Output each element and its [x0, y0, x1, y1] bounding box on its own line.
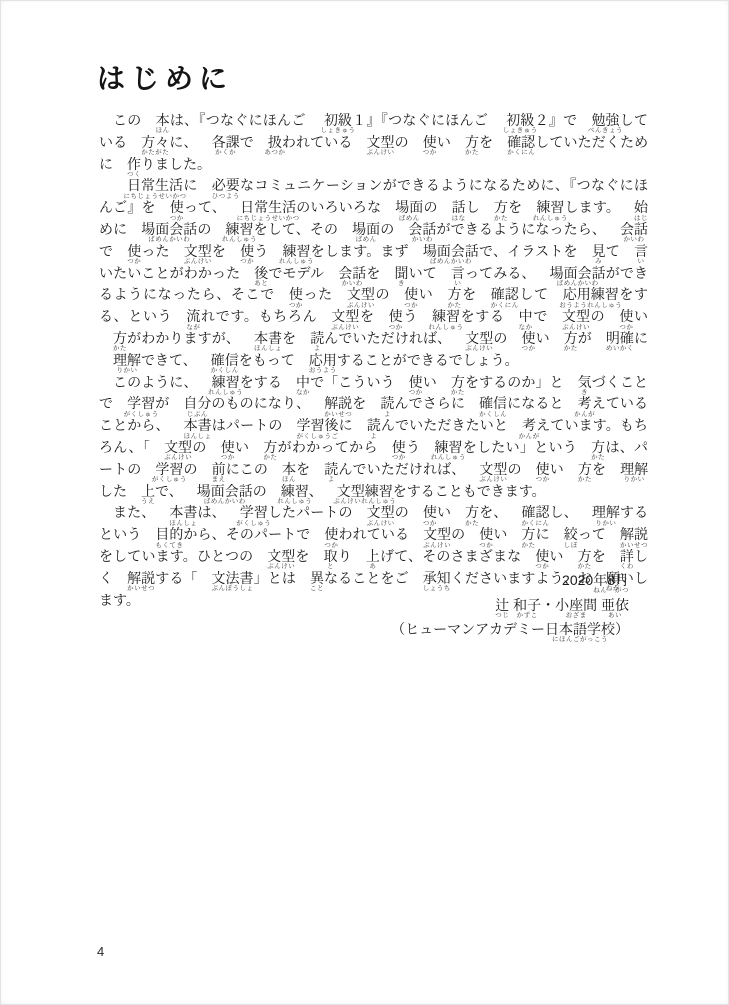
ruby-text: 使つか [521, 549, 549, 564]
ruby-text: 必要ひつよう [198, 178, 240, 193]
ruby-text: 解説かいせつ [606, 527, 648, 542]
ruby-text: 亜依あい [601, 598, 629, 613]
ruby-text: 使つか [275, 287, 303, 302]
ruby-text: 考かんが [564, 396, 592, 411]
ruby-text: 上うえ [127, 484, 155, 499]
ruby-text: 学習がくしゅう [141, 462, 183, 477]
ruby-text: 自分じぶん [169, 396, 211, 411]
ruby-text: 使つか [409, 135, 437, 150]
ruby-text: 確認かくにん [477, 287, 519, 302]
ruby-text: 応用おうよう [295, 353, 337, 368]
ruby-text: 練習れんしゅう [522, 200, 564, 215]
ruby-text: 本書ほんしょ [240, 331, 282, 346]
ruby-text: 使つか [395, 375, 423, 390]
ruby-text: 使つか [465, 527, 493, 542]
ruby-text: 理解りかい [606, 462, 648, 477]
page-number: 4 [97, 944, 104, 959]
ruby-text: 絞しぼ [550, 527, 578, 542]
ruby-text: 聞き [380, 266, 408, 281]
ruby-text: 文型練習ぶんけいれんしゅう [323, 484, 393, 499]
ruby-text: 文型ぶんけい [150, 440, 192, 455]
ruby-text: 文法書ぶんぽうしょ [198, 571, 254, 586]
ruby-text: 方かた [564, 462, 592, 477]
ruby-text: 文型ぶんけい [170, 244, 212, 259]
signature-line: 2020年ねん8月がつ [391, 568, 629, 593]
ruby-text: 初級しょきゅう [310, 113, 352, 128]
ruby-text: 練習れんしゅう [198, 375, 240, 390]
ruby-text: 文型ぶんけい [548, 309, 590, 324]
ruby-text: 言い [620, 244, 648, 259]
ruby-text: 使つか [207, 440, 235, 455]
ruby-text: 方かた [508, 527, 536, 542]
ruby-text: 解説かいせつ [310, 396, 352, 411]
ruby-text: 取と [310, 549, 338, 564]
ruby-text: 始はじ [620, 200, 648, 215]
ruby-text: 使つか [156, 200, 184, 215]
ruby-text: 文型ぶんけい [353, 505, 395, 520]
ruby-text: 確認かくにん [507, 505, 549, 520]
ruby-text: 方かた [99, 331, 127, 346]
ruby-text: 学習後がくしゅうご [282, 418, 338, 433]
ruby-text: 方かた [437, 375, 465, 390]
ruby-text: 会話かいわ [606, 222, 648, 237]
ruby-text: 使つか [226, 244, 254, 259]
ruby-text: 使つか [378, 440, 406, 455]
ruby-text: 明確めいかく [592, 331, 634, 346]
ruby-text: 日常生活にちじょうせいかつ [226, 200, 296, 215]
signature-line: （ヒューマンアカデミー日本語学校にほんごがっこう） [391, 617, 629, 642]
ruby-text: 月がつ [615, 573, 629, 588]
ruby-text: 後あと [240, 266, 268, 281]
paragraph: このように、練習れんしゅうをする中なかで「こういう使つかい方かたをするのか」と気… [99, 372, 648, 503]
ruby-text: 作つく [113, 157, 141, 172]
ruby-text: 使つか [409, 505, 437, 520]
ruby-text: 練習れんしゅう [212, 222, 254, 237]
ruby-text: 異こと [296, 571, 324, 586]
ruby-text: 練習れんしゅう [269, 244, 311, 259]
ruby-text: 年ねん [593, 573, 607, 588]
ruby-text: 流なが [172, 309, 200, 324]
ruby-text: 読よ [366, 396, 394, 411]
ruby-text: 場面会話ばめんかいわ [183, 484, 253, 499]
ruby-text: 方かた [564, 549, 592, 564]
ruby-text: 小座間おざま [555, 598, 597, 613]
ruby-text: 本ほん [268, 462, 296, 477]
paragraph: 日常生活にちじょうせいかつに必要ひつようなコミュニケーションができるようになるた… [99, 175, 648, 371]
ruby-text: 読よ [296, 331, 324, 346]
ruby-text: 場面ばめん [381, 200, 423, 215]
ruby-text: 理解りかい [99, 353, 141, 368]
ruby-text: 話はな [438, 200, 466, 215]
ruby-text: 読よ [310, 462, 338, 477]
ruby-text: 詳くわ [606, 549, 634, 564]
ruby-text: 勉強べんきょう [577, 113, 619, 128]
ruby-text: 気き [564, 375, 592, 390]
ruby-text: 学習がくしゅう [226, 505, 268, 520]
ruby-text: 練習れんしゅう [267, 484, 309, 499]
ruby-text: 文型ぶんけい [317, 309, 359, 324]
ruby-text: 場面ばめん [338, 222, 380, 237]
ruby-text: 初級しょきゅう [492, 113, 534, 128]
ruby-text: 練習れんしゅう [420, 440, 462, 455]
ruby-text: 文型ぶんけい [253, 549, 295, 564]
ruby-text: 辻つじ [495, 598, 509, 613]
ruby-text: 文型ぶんけい [409, 527, 451, 542]
ruby-text: 見み [578, 244, 606, 259]
ruby-text: 文型ぶんけい [451, 331, 493, 346]
ruby-text: 方かた [249, 440, 277, 455]
ruby-text: 解説かいせつ [113, 571, 155, 586]
ruby-text: 使つか [375, 309, 403, 324]
ruby-text: 使つか [507, 331, 535, 346]
ruby-text: 和子かずこ [513, 598, 541, 613]
ruby-text: 方かた [577, 440, 605, 455]
ruby-text: 練習れんしゅう [418, 309, 460, 324]
ruby-text: 学習がくしゅう [113, 396, 155, 411]
ruby-text: 目的もくてき [141, 527, 183, 542]
paragraph: この本ほんは、『つなぐにほんご 初級しょきゅう１』『つなぐにほんご 初級しょきゅ… [99, 110, 648, 175]
ruby-text: 日常生活にちじょうせいかつ [113, 178, 183, 193]
signature-line: 辻つじ 和子かずこ・小座間おざま 亜依あい [391, 593, 629, 618]
ruby-text: 上あ [352, 549, 380, 564]
ruby-text: 会話かいわ [394, 222, 436, 237]
ruby-text: 中なか [282, 375, 310, 390]
ruby-text: 使つか [390, 287, 418, 302]
ruby-text: 方かた [433, 287, 461, 302]
ruby-text: 会話かいわ [324, 266, 366, 281]
ruby-text: 確認かくにん [493, 135, 535, 150]
ruby-text: 扱あつか [254, 135, 282, 150]
ruby-text: 場面会話ばめんかいわ [409, 244, 479, 259]
ruby-text: 文型ぶんけい [352, 135, 394, 150]
ruby-text: 各課かくか [198, 135, 240, 150]
ruby-text: 応用練習おうようれんしゅう [549, 287, 619, 302]
ruby-text: 方かた [451, 505, 479, 520]
ruby-text: 確信かくしん [465, 396, 507, 411]
ruby-text: 方かた [451, 135, 479, 150]
ruby-text: 場面会話ばめんかいわ [536, 266, 606, 281]
ruby-text: 言い [437, 266, 465, 281]
ruby-text: 方々かたがた [127, 135, 169, 150]
ruby-text: 理解りかい [578, 505, 620, 520]
ruby-text: 読よ [353, 418, 381, 433]
ruby-text: 本ほん [142, 113, 170, 128]
ruby-text: 中なか [505, 309, 533, 324]
ruby-text: 使つか [522, 462, 550, 477]
ruby-text: 使つか [605, 309, 633, 324]
ruby-text: 場面会話ばめんかいわ [127, 222, 197, 237]
ruby-text: 確信かくしん [197, 353, 239, 368]
body-text: この本ほんは、『つなぐにほんご 初級しょきゅう１』『つなぐにほんご 初級しょきゅ… [99, 110, 648, 611]
ruby-text: 使つか [113, 244, 141, 259]
ruby-text: 本書ほんしょ [170, 418, 212, 433]
signature-block: 2020年ねん8月がつ辻つじ 和子かずこ・小座間おざま 亜依あい（ヒューマンアカ… [391, 568, 629, 642]
document-page: はじめに この本ほんは、『つなぐにほんご 初級しょきゅう１』『つなぐにほんご 初… [0, 0, 729, 1005]
ruby-text: 方かた [550, 331, 578, 346]
ruby-text: 日本語学校にほんごがっこう [545, 622, 615, 637]
ruby-text: 前まえ [198, 462, 226, 477]
ruby-text: 考かんが [508, 418, 536, 433]
ruby-text: 使つか [310, 527, 338, 542]
ruby-text: 文型ぶんけい [333, 287, 375, 302]
ruby-text: 方かた [480, 200, 508, 215]
ruby-text: 文型ぶんけい [465, 462, 507, 477]
page-title: はじめに [97, 62, 233, 96]
ruby-text: 本書ほんしょ [155, 505, 197, 520]
